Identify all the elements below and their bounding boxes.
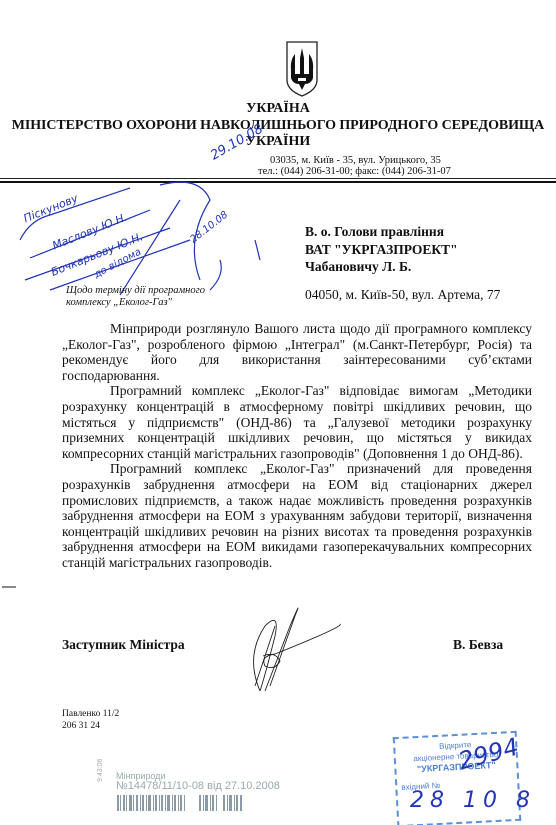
body-paragraph-3: Програмний комплекс „Еколог-Газ" признач…: [62, 461, 532, 570]
stamp-handwritten-date: 28 10 8: [410, 788, 536, 813]
recipient-position: В. о. Голови правління: [305, 224, 444, 240]
letter-body: Мінприроди розглянуло Вашого листа щодо …: [62, 321, 532, 571]
subject-line-1: Щодо терміну дії програмного: [66, 285, 205, 297]
ministry-heading: МІНІСТЕРСТВО ОХОРОНИ НАВКОЛИШНЬОГО ПРИРО…: [0, 118, 556, 134]
signature-scribble: [235, 596, 345, 696]
margin-mark: [2, 586, 16, 588]
header-rule-thin: [0, 178, 556, 179]
recipient-name: Чабановичу Л. Б.: [305, 259, 411, 275]
executor-name: Павленко 11/2: [62, 709, 119, 719]
barcode: [117, 795, 243, 811]
registration-label: Мінприроди №14478/11/10-08 від 27.10.200…: [116, 771, 280, 791]
recipient-address: 04050, м. Київ-50, вул. Артема, 77: [305, 287, 500, 303]
ministry-country-heading: УКРАЇНИ: [0, 134, 556, 150]
country-heading: УКРАЇНА: [0, 101, 556, 117]
ministry-address: 03035, м. Київ - 35, вул. Урицького, 35: [270, 155, 441, 166]
coat-of-arms-trident-icon: [285, 40, 319, 98]
ministry-phones: тел.: (044) 206-31-00; факс: (044) 206-3…: [258, 166, 451, 177]
recipient-organization: ВАТ "УКРГАЗПРОЕКТ": [305, 242, 458, 258]
registration-time: 9:43:06: [97, 759, 104, 782]
letter-subject: Щодо терміну дії програмного комплексу „…: [66, 285, 205, 309]
signatory-title: Заступник Міністра: [62, 637, 185, 653]
signatory-name: В. Бевза: [453, 637, 503, 653]
subject-line-2: комплексу „Еколог-Газ": [66, 297, 205, 309]
registration-number: №14478/11/10-08 від 27.10.2008: [116, 781, 280, 791]
body-paragraph-1: Мінприроди розглянуло Вашого листа щодо …: [62, 321, 532, 383]
executor-phone: 206 31 24: [62, 721, 100, 731]
body-paragraph-2: Програмний комплекс „Еколог-Газ" відпові…: [62, 383, 532, 461]
